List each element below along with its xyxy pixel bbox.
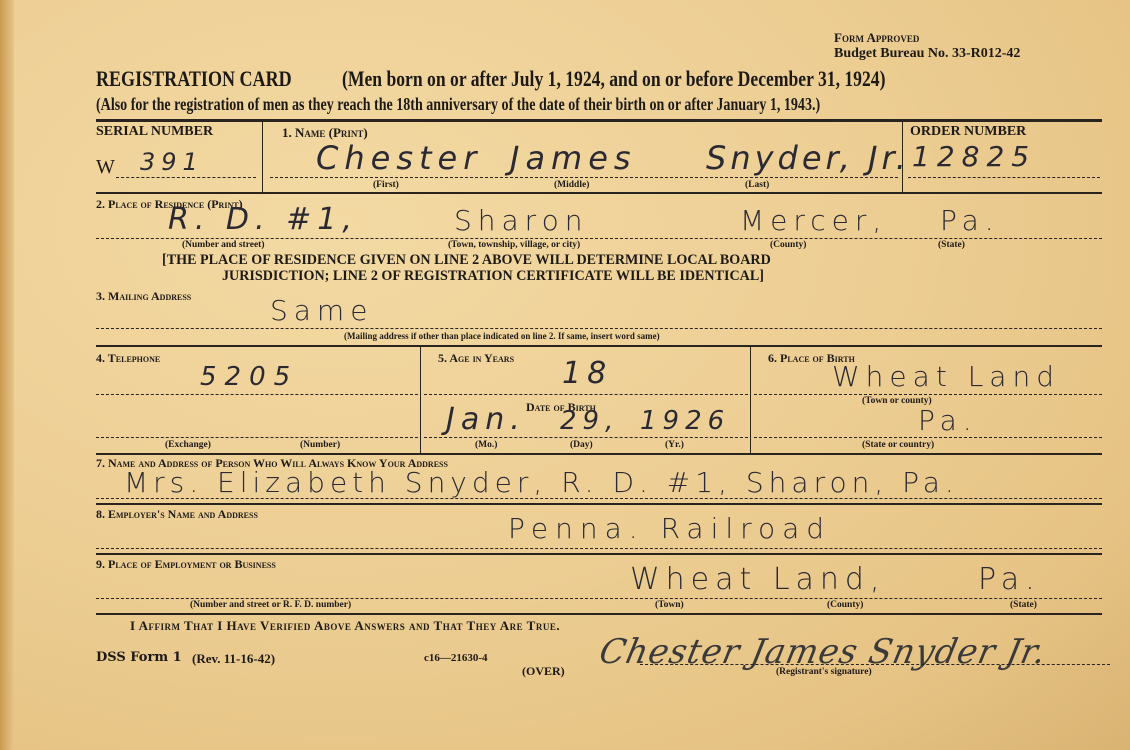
signature-caption: (Registrant's signature) <box>776 667 872 677</box>
birth-state-value[interactable]: Pa. <box>918 404 978 437</box>
name-caption-last: (Last) <box>745 180 769 190</box>
telephone-value[interactable]: 5205 <box>200 362 298 392</box>
divider <box>750 347 751 453</box>
budget-bureau-number: Budget Bureau No. 33-R012-42 <box>834 46 1020 62</box>
card-edge <box>0 0 14 750</box>
birth-year-value[interactable]: 1926 <box>640 406 730 436</box>
order-number-value[interactable]: 12825 <box>912 140 1036 173</box>
telephone-line-1 <box>96 394 418 395</box>
serial-number-label: SERIAL NUMBER <box>96 124 213 140</box>
mailing-line <box>96 328 1102 329</box>
divider <box>262 122 263 192</box>
print-code: c16—21630-4 <box>424 652 488 664</box>
residence-notice-line-2: JURISDICTION; LINE 2 OF REGISTRATION CER… <box>222 268 764 285</box>
telephone-line-2 <box>96 437 418 438</box>
caption-state-or-country: (State or country) <box>862 440 934 450</box>
signature-line <box>640 664 1110 665</box>
residence-street-value[interactable]: R. D. #1, <box>168 202 358 237</box>
caption-town: (Town, township, village, or city) <box>448 240 580 250</box>
name-caption-middle: (Middle) <box>554 180 589 190</box>
order-line <box>908 177 1100 178</box>
caption-county: (County) <box>770 240 806 250</box>
row-rule <box>96 192 1102 194</box>
employer-value[interactable]: Penna. Railroad <box>508 512 831 545</box>
form-revision: (Rev. 11-16-42) <box>192 651 275 667</box>
caption-number-street: (Number and street) <box>182 240 265 250</box>
caption-number: (Number) <box>300 440 340 450</box>
caption-town: (Town) <box>655 600 684 610</box>
employment-state-value[interactable]: Pa. <box>978 562 1041 597</box>
residence-county-value[interactable]: Mercer, <box>740 204 887 237</box>
name-line <box>270 177 898 178</box>
employment-place-label: 9. Place of Employment or Business <box>96 557 276 572</box>
age-label: 5. Age in Years <box>438 351 514 366</box>
employer-line <box>96 548 1102 549</box>
last-name-value[interactable]: Snyder, Jr. <box>706 139 910 177</box>
header-rule <box>96 119 1102 122</box>
registrant-signature[interactable]: Chester James Snyder Jr. <box>596 632 1050 672</box>
serial-line <box>116 177 256 178</box>
first-name-value[interactable]: Chester <box>316 139 482 177</box>
eligibility-note: (Men born on or after July 1, 1924, and … <box>342 66 885 92</box>
mailing-address-value[interactable]: Same <box>270 294 373 327</box>
serial-number-value[interactable]: 391 <box>140 148 204 176</box>
employer-label: 8. Employer's Name and Address <box>96 507 258 522</box>
age-value[interactable]: 18 <box>562 356 612 391</box>
subtitle: (Also for the registration of men as the… <box>96 94 820 115</box>
affirmation-text: I Affirm That I Have Verified Above Answ… <box>130 618 560 634</box>
page-title: REGISTRATION CARD <box>96 66 292 92</box>
caption-exchange: (Exchange) <box>165 440 211 450</box>
mailing-caption: (Mailing address if other than place ind… <box>344 331 660 341</box>
form-approved: Form Approved <box>834 30 919 46</box>
row-rule <box>96 553 1102 555</box>
caption-state: (State) <box>938 240 965 250</box>
row-rule <box>96 613 1102 615</box>
over-note: (OVER) <box>522 664 565 679</box>
caption-street-rfd: (Number and street or R. F. D. number) <box>190 600 351 610</box>
middle-name-value[interactable]: James <box>510 139 637 177</box>
dob-line <box>424 437 748 438</box>
row-rule <box>96 453 1102 455</box>
mailing-address-label: 3. Mailing Address <box>96 289 191 304</box>
birth-town-value[interactable]: Wheat Land <box>832 360 1060 393</box>
divider <box>902 122 903 192</box>
residence-town-value[interactable]: Sharon <box>454 204 588 237</box>
employment-line <box>96 598 1102 599</box>
residence-notice-line-1: [THE PLACE OF RESIDENCE GIVEN ON LINE 2 … <box>162 252 771 269</box>
order-number-label: ORDER NUMBER <box>910 124 1026 140</box>
age-line <box>424 394 748 395</box>
residence-state-value[interactable]: Pa. <box>940 204 1000 237</box>
birthplace-line-2 <box>754 437 1102 438</box>
name-caption-first: (First) <box>373 180 399 190</box>
birth-day-value[interactable]: 29, <box>560 406 619 436</box>
caption-day: (Day) <box>570 440 593 450</box>
caption-month: (Mo.) <box>475 440 497 450</box>
residence-line <box>96 238 1102 239</box>
caption-state: (State) <box>1010 600 1037 610</box>
birthplace-line-1 <box>754 394 1102 395</box>
employment-town-value[interactable]: Wheat Land, <box>630 562 886 597</box>
serial-prefix: W <box>96 156 115 179</box>
caption-county: (County) <box>827 600 863 610</box>
row-rule <box>96 345 1102 347</box>
row-rule <box>96 503 1102 505</box>
contact-person-value[interactable]: Mrs. Elizabeth Snyder, R. D. #1, Sharon,… <box>124 466 959 499</box>
birth-month-value[interactable]: Jan. <box>446 402 526 437</box>
telephone-label: 4. Telephone <box>96 351 160 366</box>
divider <box>420 347 421 453</box>
caption-year: (Yr.) <box>665 440 684 450</box>
contact-line <box>96 498 1102 499</box>
form-id: DSS Form 1 <box>96 650 182 665</box>
